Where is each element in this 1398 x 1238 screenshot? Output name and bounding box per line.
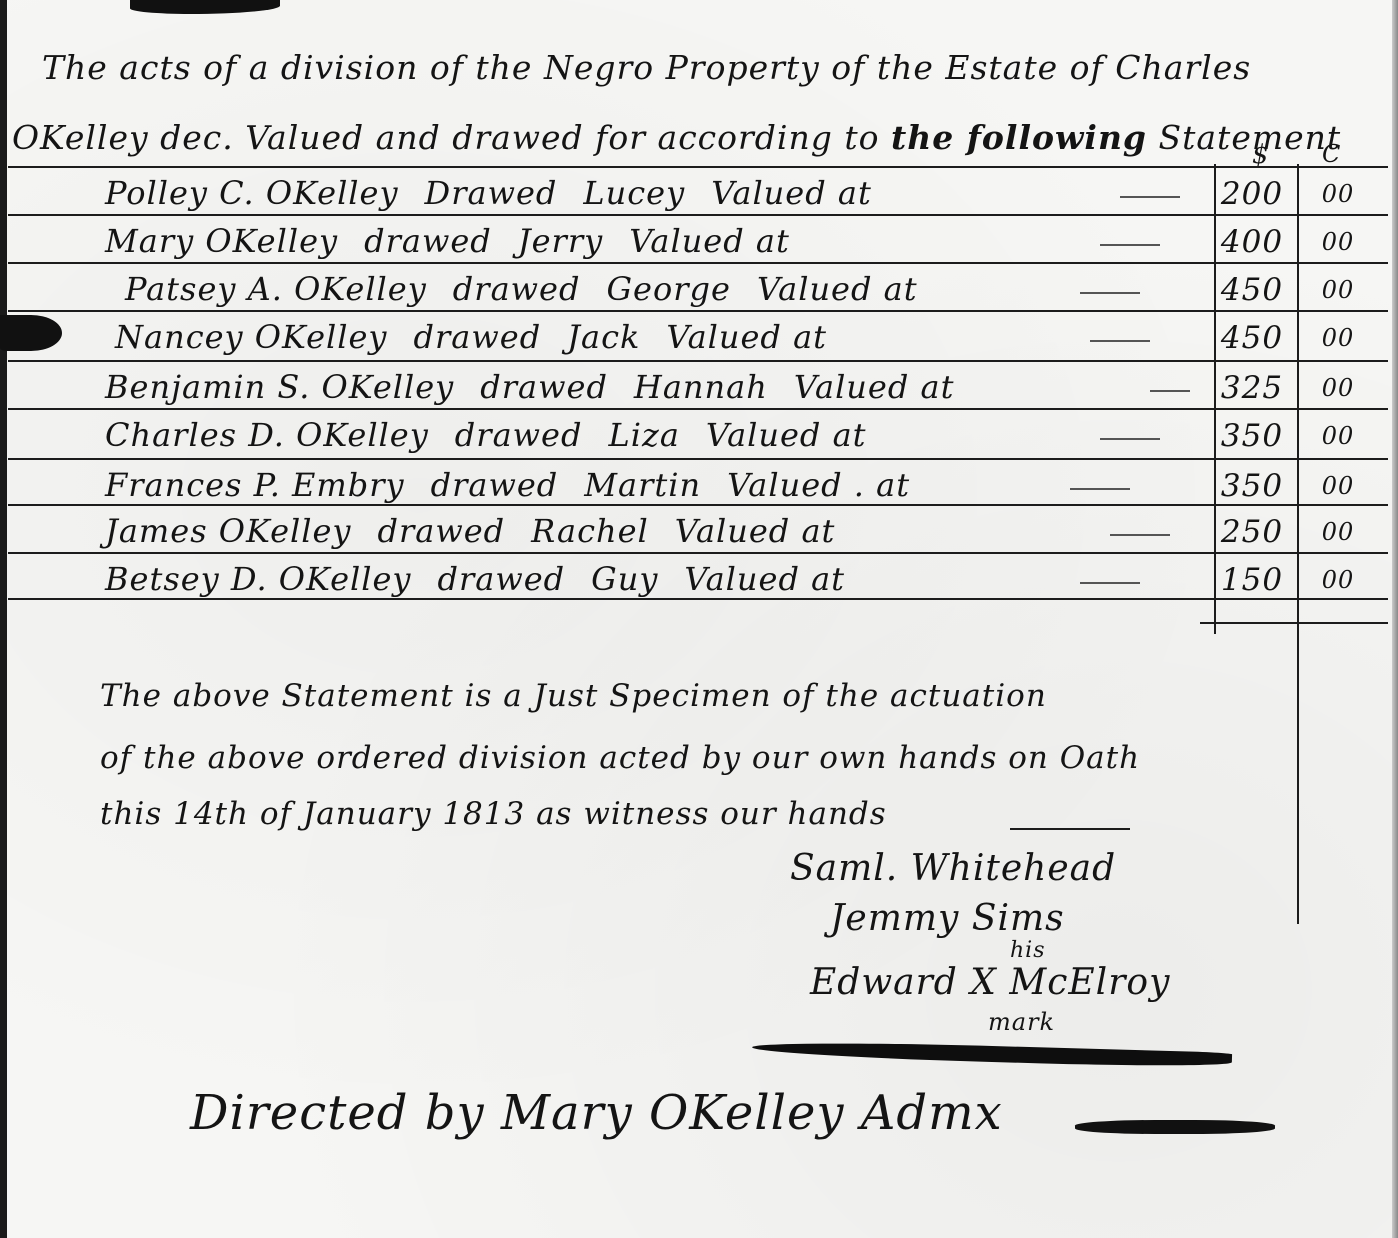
person-name: Rachel (531, 512, 649, 550)
table-row: James OKelley drawed Rachel Valued at 25… (0, 506, 1398, 554)
table-row: Patsey A. OKelley drawed George Valued a… (0, 264, 1398, 312)
signature-mcelroy: Edward X McElroy (810, 962, 1170, 1003)
person-name: Lucey (583, 174, 685, 212)
heir-name: James OKelley (105, 512, 351, 550)
amount-dollars: 200 (1212, 176, 1292, 212)
signature-mark-label: mark (988, 1008, 1055, 1036)
table-row: Charles D. OKelley drawed Liza Valued at… (0, 410, 1398, 458)
heading-line-2: OKelley dec. Valued and drawed for accor… (12, 118, 1341, 157)
dash-fill (1100, 244, 1160, 246)
heir-name: Betsey D. OKelley (105, 560, 411, 598)
dash-fill (1120, 196, 1180, 198)
amount-dollars: 350 (1212, 468, 1292, 504)
cents-column-header: C (1322, 140, 1341, 168)
person-name: Liza (608, 416, 679, 454)
valued-at: Valued at (666, 318, 827, 356)
valued-at: Valued at (794, 368, 955, 406)
signature-his-label: his (1010, 938, 1046, 963)
dash-fill (1110, 534, 1170, 536)
drawed-word: drawed (414, 318, 542, 356)
amount-dollars: 250 (1212, 514, 1292, 550)
amount-cents: 00 (1308, 518, 1368, 546)
drawed-word: Drawed (425, 174, 558, 212)
drawed-word: drawed (480, 368, 608, 406)
drawed-word: drawed (455, 416, 583, 454)
statement-line-3: this 14th of January 1813 as witness our… (100, 796, 887, 832)
valued-at: Valued at (711, 174, 872, 212)
person-name: George (606, 270, 730, 308)
valued-at: Valued at (629, 222, 790, 260)
amount-dollars: 150 (1212, 562, 1292, 598)
dash-fill (1070, 488, 1130, 490)
drawed-word: drawed (437, 560, 565, 598)
person-name: Guy (591, 560, 658, 598)
document-page: The acts of a division of the Negro Prop… (0, 0, 1398, 1238)
table-row: Nancey OKelley drawed Jack Valued at 450… (0, 312, 1398, 360)
table-row: Polley C. OKelley Drawed Lucey Valued at… (0, 168, 1398, 216)
amount-cents: 00 (1308, 276, 1368, 304)
amount-dollars: 325 (1212, 370, 1292, 406)
drawed-word: drawed (453, 270, 581, 308)
dash-fill (1080, 292, 1140, 294)
amount-dollars: 450 (1212, 320, 1292, 356)
table-row: Benjamin S. OKelley drawed Hannah Valued… (0, 362, 1398, 410)
amount-cents: 00 (1308, 180, 1368, 208)
person-name: Martin (584, 466, 701, 504)
table-row: Frances P. Embry drawed Martin Valued . … (0, 460, 1398, 508)
heir-name: Charles D. OKelley (105, 416, 429, 454)
drawed-word: drawed (364, 222, 492, 260)
signature-whitehead: Saml. Whitehead (790, 848, 1116, 889)
heir-name: Mary OKelley (105, 222, 338, 260)
ink-stroke (752, 1039, 1232, 1068)
rule-line (1200, 622, 1388, 624)
heading-line-1: The acts of a division of the Negro Prop… (42, 48, 1251, 87)
heading-statement-word: Statement (1159, 118, 1342, 157)
heading-line-2-start: OKelley dec. Valued and drawed for accor… (12, 118, 879, 157)
drawed-word: drawed (377, 512, 505, 550)
valued-at: Valued at (684, 560, 845, 598)
directed-by-administratrix: Directed by Mary OKelley Admx (190, 1085, 1003, 1141)
heading-overwritten-words: the following (891, 118, 1147, 157)
table-row: Mary OKelley drawed Jerry Valued at 400 … (0, 216, 1398, 264)
valued-at: Valued at (675, 512, 836, 550)
amount-cents: 00 (1308, 324, 1368, 352)
dash-fill (1150, 390, 1190, 392)
dash-fill (1080, 582, 1140, 584)
table-row: Betsey D. OKelley drawed Guy Valued at 1… (0, 554, 1398, 602)
amount-cents: 00 (1308, 566, 1368, 594)
dash-fill (1090, 340, 1150, 342)
ink-blot-top (130, 0, 280, 14)
amount-cents: 00 (1308, 228, 1368, 256)
person-name: Hannah (634, 368, 768, 406)
amount-cents: 00 (1308, 472, 1368, 500)
valued-at: Valued . at (727, 466, 910, 504)
amount-dollars: 450 (1212, 272, 1292, 308)
amount-cents: 00 (1308, 374, 1368, 402)
amount-dollars: 350 (1212, 418, 1292, 454)
valued-at: Valued at (706, 416, 867, 454)
dash-fill (1100, 438, 1160, 440)
flourish-line (1010, 828, 1130, 830)
amount-dollars: 400 (1212, 224, 1292, 260)
heir-name: Nancey OKelley (115, 318, 388, 356)
statement-line-2: of the above ordered division acted by o… (100, 740, 1140, 776)
heir-name: Benjamin S. OKelley (105, 368, 454, 406)
amount-cents: 00 (1308, 422, 1368, 450)
heir-name: Frances P. Embry (105, 466, 405, 504)
ink-stroke (1075, 1120, 1275, 1134)
statement-line-1: The above Statement is a Just Specimen o… (100, 678, 1047, 714)
heir-name: Polley C. OKelley (105, 174, 399, 212)
drawed-word: drawed (431, 466, 559, 504)
person-name: Jack (567, 318, 640, 356)
person-name: Jerry (518, 222, 603, 260)
heir-name: Patsey A. OKelley (125, 270, 427, 308)
valued-at: Valued at (757, 270, 918, 308)
signature-sims: Jemmy Sims (830, 898, 1065, 939)
